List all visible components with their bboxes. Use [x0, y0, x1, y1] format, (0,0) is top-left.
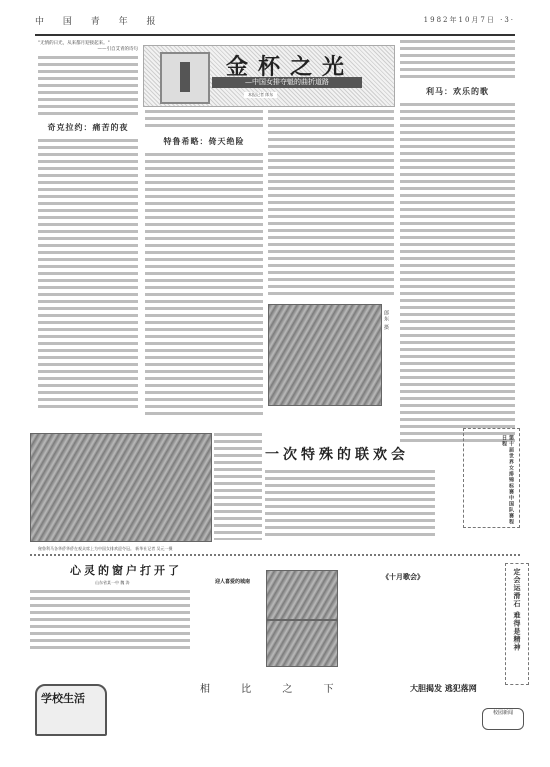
center-left-column: 特鲁希略：倚天绝险	[145, 110, 263, 418]
article-text	[38, 139, 138, 409]
divider	[30, 554, 520, 556]
section-heading-trujillo: 特鲁希略：倚天绝险	[145, 136, 263, 147]
photo-caption: 郎东 摄	[383, 310, 390, 400]
right-column: 利马：欢乐的歌	[400, 40, 515, 443]
center-right-column: 郎东 摄	[268, 110, 394, 298]
trophy-illustration	[160, 52, 210, 104]
article-text	[400, 103, 515, 443]
campus-news-logo: 校园新闻	[482, 708, 524, 730]
feature-title: 一次特殊的联欢会	[265, 444, 409, 464]
section-heading-lima: 利马：欢乐的歌	[400, 86, 515, 97]
article-text	[145, 153, 263, 418]
crowd-photo	[30, 433, 212, 542]
article-text	[268, 110, 394, 298]
schedule-title: 第十届世界女排锦标赛中国队赛程日程	[501, 435, 515, 527]
newspaper-title: 中 国 青 年 报	[35, 14, 163, 27]
vertical-headline-box: 定会运滑石 难得是精神	[505, 563, 529, 685]
schedule-box: 第十届世界女排锦标赛中国队赛程日程	[463, 428, 520, 528]
flower-photo	[266, 620, 338, 667]
player-photo	[268, 304, 382, 406]
article-text	[265, 470, 435, 540]
masthead: 中 国 青 年 报 1982年10月7日 ·3·	[35, 10, 515, 36]
article-text	[214, 433, 262, 540]
issue-date: 1982年10月7日	[424, 16, 496, 24]
left-column: "无情的日光，从来都月迎接起来。" ——引自艾青的诗句 奇克拉约：痛苦的夜	[38, 40, 138, 409]
page-number: ·3·	[500, 16, 515, 24]
byline: 本报记者 郎东	[244, 92, 277, 98]
section-heading-chiclayo: 奇克拉约：痛苦的夜	[38, 122, 138, 133]
photo-caption: 秘鲁利马各华侨华侨在观众席上为中国女排欢迎夺冠。 新华社记者 吴元一摄	[38, 546, 173, 552]
school-life-logo: 学校生活	[35, 684, 107, 736]
cat-photo	[266, 570, 338, 620]
news-title: 大胆揭发 逃犯落网	[410, 683, 477, 694]
small-story-title: 迎人喜爱的城南	[215, 578, 250, 585]
headline-banner: 金杯之光 —中国女排夺魁的曲折道路 本报记者 郎东	[143, 45, 395, 107]
article-text	[400, 40, 515, 80]
article-text	[38, 56, 138, 116]
headline-subtitle: —中国女排夺魁的曲折道路	[212, 77, 362, 88]
story-title: 《十月歌会》	[382, 572, 424, 582]
epigraph-source: ——引自艾青的诗句	[38, 46, 138, 52]
story-title: 心灵的窗户打开了	[70, 562, 182, 578]
article-text	[30, 590, 190, 652]
story-title: 相 比 之 下	[200, 680, 348, 695]
article-text	[145, 110, 263, 130]
byline: 山东省某一中 魏 涛	[95, 580, 130, 586]
